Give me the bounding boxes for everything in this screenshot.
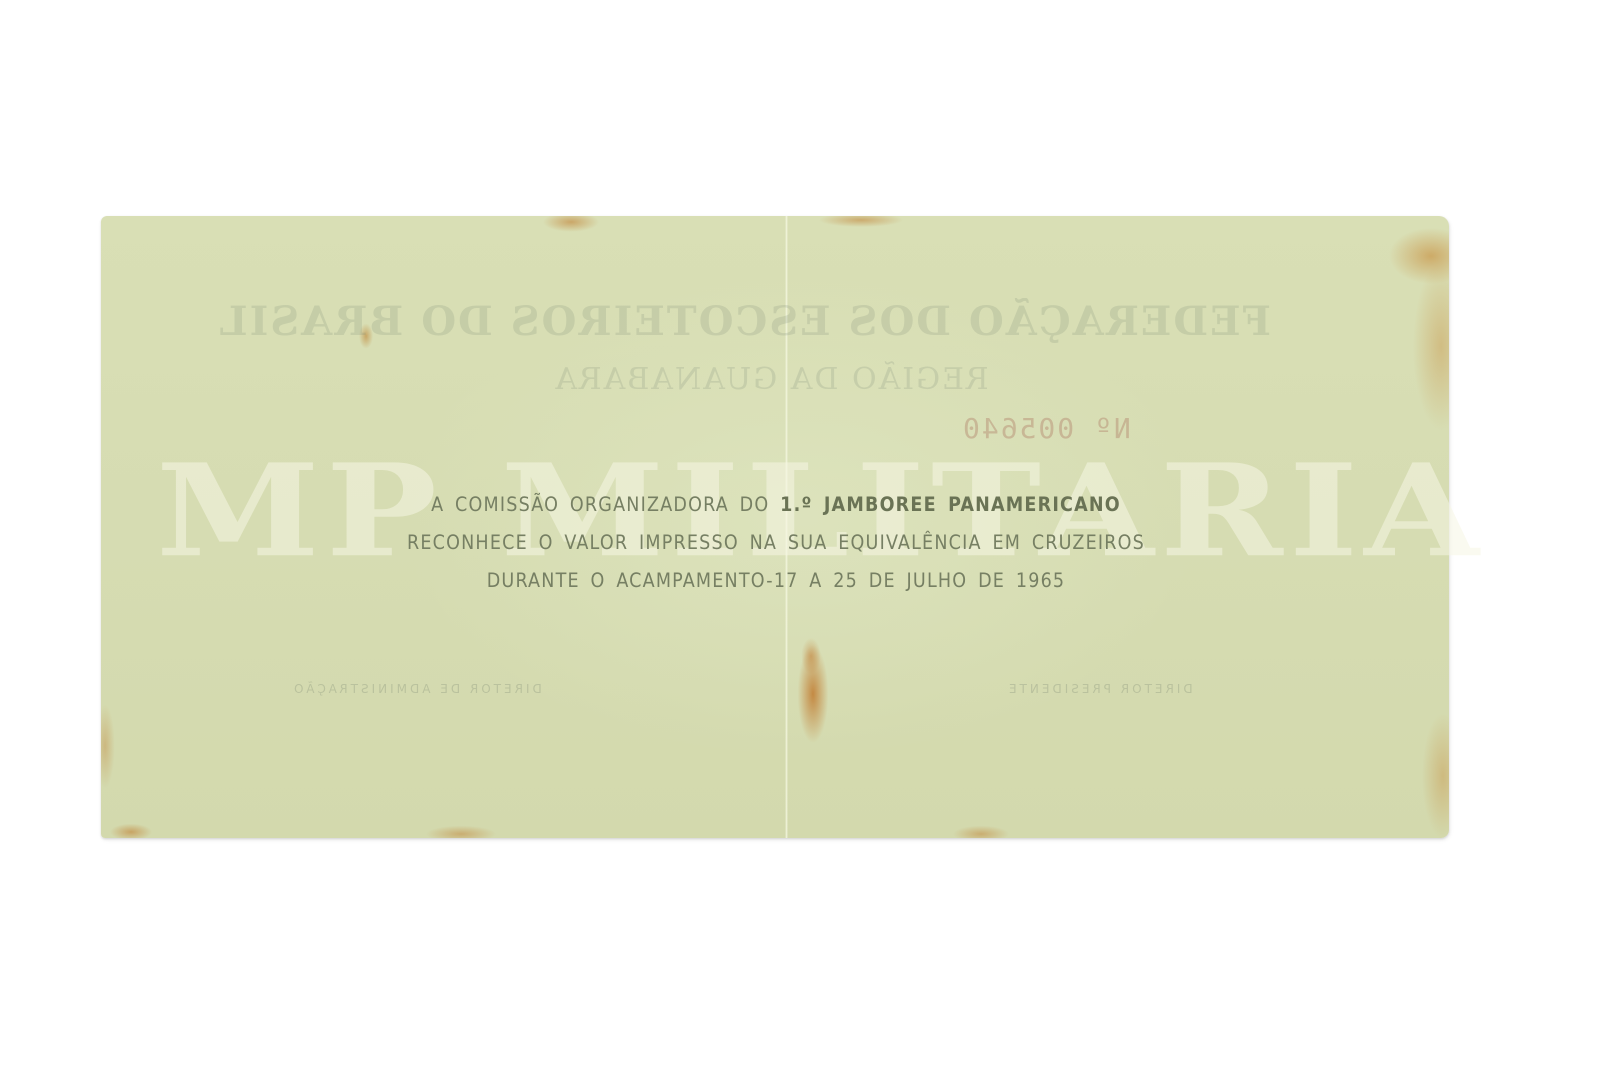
show-through-title: FEDERAÇÃO DOS ESCOTEIROS DO BRASIL: [271, 298, 1271, 345]
statement-line-3: DURANTE O ACAMPAMENTO-17 A 25 DE JULHO D…: [261, 562, 1291, 600]
printed-statement: A COMISSÃO ORGANIZADORA DO 1.º JAMBOREE …: [261, 486, 1291, 600]
statement-line-1: A COMISSÃO ORGANIZADORA DO 1.º JAMBOREE …: [261, 486, 1291, 524]
show-through-signature-right: DIRETOR PRESIDENTE: [1006, 682, 1193, 696]
statement-line-2: RECONHECE O VALOR IMPRESSO NA SUA EQUIVA…: [261, 524, 1291, 562]
statement-line-1-start: A COMISSÃO ORGANIZADORA DO: [431, 493, 780, 516]
statement-line-1-event: 1.º JAMBOREE PANAMERICANO: [780, 493, 1121, 516]
banknote: FEDERAÇÃO DOS ESCOTEIROS DO BRASIL REGIÃ…: [101, 216, 1449, 838]
show-through-region: REGIÃO DA GUANABARA: [471, 362, 1071, 397]
show-through-signature-left: DIRETOR DE ADMINISTRAÇÃO: [291, 682, 542, 696]
